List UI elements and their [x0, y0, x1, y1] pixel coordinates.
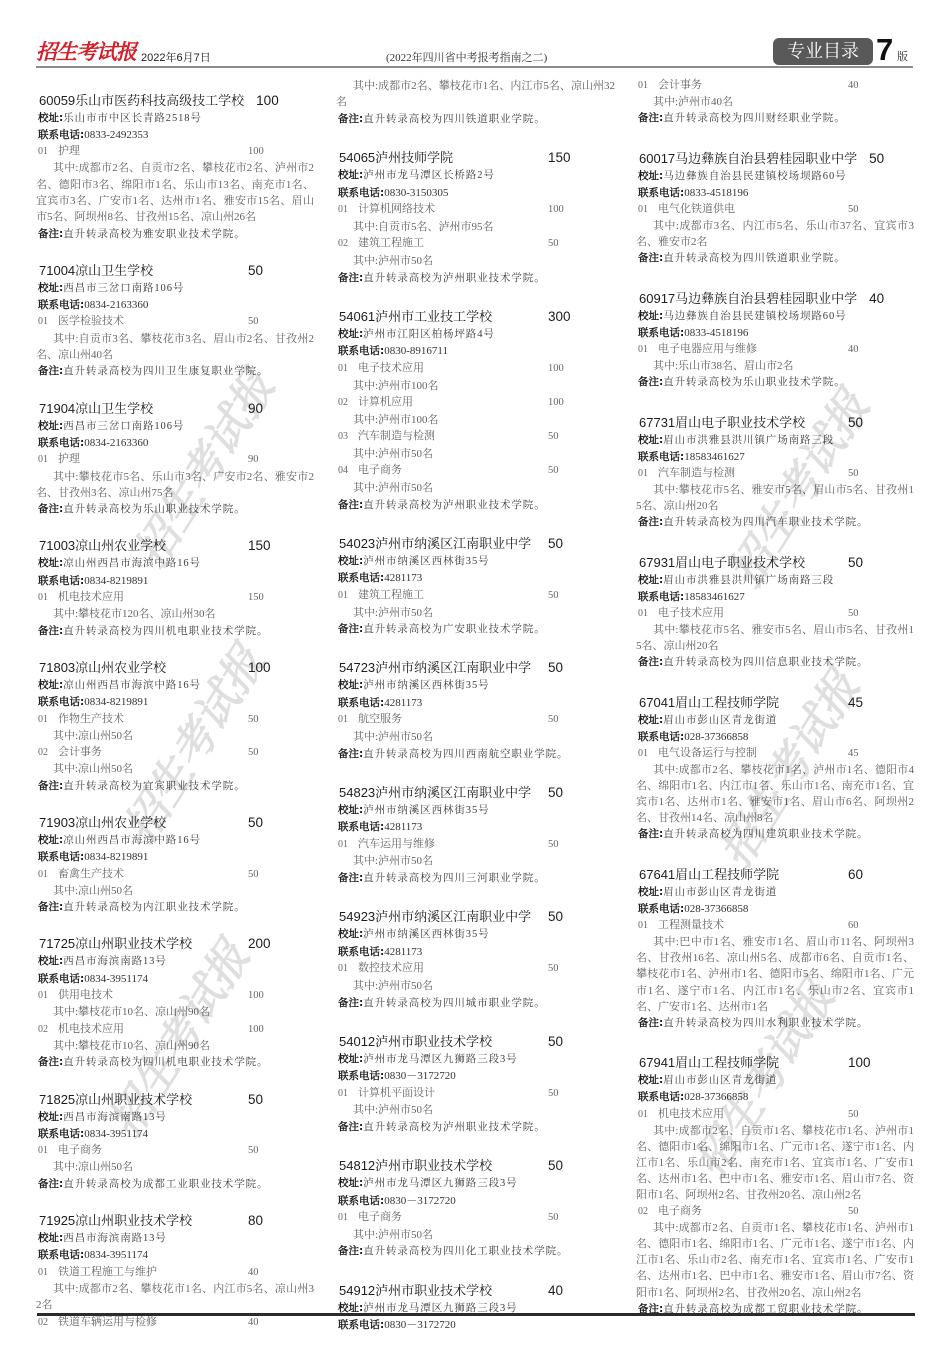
phone-label: 联系电话:: [338, 1195, 384, 1207]
phone-label: 联系电话:: [638, 903, 684, 915]
major-number: 01: [38, 590, 58, 606]
address-row: 校址:西昌市海滨南路13号: [36, 1109, 314, 1126]
major-quota-total: 50: [248, 316, 259, 327]
phone-value: 0830-3150305: [384, 187, 448, 199]
school-code-name: 67041眉山工程技师学院: [639, 693, 848, 712]
phone-value: 0834-8219891: [84, 696, 148, 708]
major-quota-total: 50: [548, 1212, 559, 1223]
phone-value: 4281173: [384, 572, 422, 584]
school-code-name: 71925凉山州职业技术学校: [39, 1211, 248, 1230]
major-number: 01: [638, 1107, 658, 1123]
major-name: 建筑工程施工: [358, 235, 548, 252]
note-value: 直升转录高校为四川信息职业技术学院。: [663, 657, 868, 668]
major-quota-total: 100: [248, 990, 264, 1001]
phone-row: 联系电话:028-37366858: [636, 901, 914, 917]
school-code-name: 54061泸州市工业技工学校: [339, 307, 548, 326]
address-label: 校址:: [38, 1111, 63, 1123]
enrollment-total: 50: [548, 536, 563, 551]
phone-label: 联系电话:: [638, 731, 684, 743]
major-item: 01铁道工程施工与维护40 其中:成都市2名、攀枝花市1名、内江市5名、凉山州3…: [36, 1264, 314, 1314]
address-label: 校址:: [338, 328, 363, 340]
major-quota-total: 60: [848, 920, 859, 931]
phone-row: 联系电话:0830－3172720: [336, 1068, 615, 1085]
major-name: 汽车制造与检测: [658, 465, 848, 481]
major-number: 01: [638, 466, 658, 482]
major-quota-total: 50: [248, 747, 259, 758]
major-row: 01数控技术应用50: [336, 960, 615, 978]
quota-distribution: 其中:攀枝花市5名、乐山市3名、广安市2名、雅安市2名、甘孜州3名、凉山州75名: [36, 469, 314, 502]
major-row: 01护理100: [36, 143, 314, 160]
school-name: 凉山卫生学校: [75, 401, 153, 416]
major-name: 机电技术应用: [58, 589, 248, 605]
address-value: 眉山市彭山区青龙街道: [663, 1075, 777, 1086]
address-row: 校址:眉山市彭山区青龙街道: [636, 712, 914, 729]
school-code: 67931: [639, 555, 675, 570]
note-label: 备注:: [38, 1056, 63, 1068]
major-quota-total: 50: [548, 1088, 559, 1099]
note-row: 备注:直升转录高校为成都工业职业技术学院。: [36, 1176, 314, 1193]
address-label: 校址:: [38, 420, 63, 432]
major-name: 机电技术应用: [658, 1106, 848, 1122]
major-item: 02会计事务50 其中:凉山州50名: [36, 744, 314, 778]
phone-row: 联系电话:4281173: [336, 944, 615, 961]
major-number: 03: [338, 429, 358, 446]
major-name: 汽车制造与检测: [358, 428, 548, 445]
major-quota-total: 50: [548, 465, 559, 476]
major-item: 01供用电技术100 其中:攀枝花市10名、凉山州90名: [36, 987, 314, 1021]
address-value: 凉山州西昌市海滨中路16号: [63, 558, 201, 569]
phone-value: 0834-8219891: [84, 575, 148, 587]
note-value: 直升转录高校为四川汽车职业技术学院。: [663, 517, 868, 528]
major-name: 铁道工程施工与维护: [58, 1264, 248, 1280]
major-item: 01汽车运用与维修50 其中:泸州市50名: [336, 836, 615, 870]
phone-row: 联系电话:18583461627: [636, 449, 914, 465]
school-code-name: 54065泸州技师学院: [339, 148, 548, 167]
note-label: 备注:: [338, 1121, 363, 1133]
major-number: 02: [38, 1315, 58, 1331]
major-number: 01: [338, 712, 358, 729]
major-item: 01汽车制造与检测50 其中:攀枝花市5名、雅安市5名、眉山市5名、甘孜州15名…: [636, 465, 914, 514]
major-name: 电子技术应用: [358, 360, 548, 377]
quota-distribution: 其中:凉山州50名: [36, 728, 314, 744]
major-name: 护理: [58, 451, 248, 467]
phone-value: 0834-3951174: [84, 1249, 148, 1261]
major-quota-total: 100: [548, 363, 564, 374]
note-row: 备注:直升转录高校为泸州职业技术学院。: [336, 270, 615, 288]
enrollment-total: 50: [848, 555, 863, 570]
school-entry: 71825凉山州职业技术学校50 校址:西昌市海滨南路13号 联系电话:0834…: [36, 1090, 314, 1193]
major-row: 01护理90: [36, 451, 314, 468]
address-value: 泸州市纳溪区西林街35号: [363, 680, 489, 691]
phone-label: 联系电话:: [638, 1091, 684, 1103]
note-label: 备注:: [638, 376, 663, 388]
note-row: 备注:直升转录高校为四川机电职业技术学院。: [36, 623, 314, 640]
school-name: 凉山州职业技术学校: [75, 1092, 192, 1107]
address-label: 校址:: [638, 434, 663, 446]
major-quota-total: 40: [848, 80, 859, 91]
major-number: 01: [638, 342, 658, 358]
note-row: 备注:直升转录高校为乐山职业技术学院。: [36, 501, 314, 518]
major-number: 01: [638, 202, 658, 218]
school-name: 凉山州职业技术学校: [75, 936, 192, 951]
school-code-name: 54723泸州市纳溪区江南职业中学: [339, 658, 548, 677]
major-quota-total: 50: [248, 1145, 259, 1156]
note-label: 备注:: [638, 828, 663, 840]
major-item: 01会计事务40 其中:泸州市40名: [636, 77, 914, 110]
school-name: 泸州技师学院: [375, 150, 453, 165]
school-code: 71003: [39, 538, 75, 553]
major-row: 04电子商务50: [336, 462, 615, 480]
phone-label: 联系电话:: [38, 973, 84, 985]
phone-label: 联系电话:: [638, 327, 684, 339]
school-name: 泸州市纳溪区江南职业中学: [375, 785, 531, 800]
note-row: 备注:直升转录高校为四川卫生康复职业学院。: [36, 363, 314, 380]
major-quota-total: 50: [848, 204, 859, 215]
phone-value: 18583461627: [684, 451, 745, 463]
school-name: 眉山电子职业技术学校: [675, 415, 805, 430]
major-item: 01计算机网络技术100 其中:自贡市5名、泸州市95名: [336, 201, 615, 235]
quota-distribution: 其中:乐山市38名、眉山市2名: [636, 358, 914, 374]
school-code: 54023: [339, 536, 375, 551]
major-quota-total: 40: [848, 344, 859, 355]
phone-value: 0834-3951174: [84, 1128, 148, 1140]
school-code-name: 54823泸州市纳溪区江南职业中学: [339, 783, 548, 802]
major-row: 01汽车制造与检测50: [636, 465, 914, 482]
address-row: 校址:凉山州西昌市海滨中路16号: [36, 677, 314, 694]
quota-distribution: 其中:成都市2名、自贡市1名、攀枝花市1名、泸州市1名、德阳市1名、绵阳市1名、…: [636, 1220, 914, 1300]
school-title: 54023泸州市纳溪区江南职业中学50: [336, 534, 615, 553]
major-name: 计算机应用: [358, 394, 548, 411]
major-quota-total: 50: [848, 1206, 859, 1217]
major-quota-total: 50: [548, 238, 559, 249]
enrollment-total: 90: [248, 401, 263, 416]
school-name: 泸州市职业技术学校: [375, 1283, 492, 1298]
major-row: 01计算机平面设计50: [336, 1085, 615, 1103]
major-row: 01建筑工程施工50: [336, 587, 615, 605]
major-item: 01护理100 其中:成都市2名、自贡市2名、攀枝花市2名、泸州市2名、德阳市3…: [36, 143, 314, 225]
address-row: 校址:西昌市三岔口南路106号: [36, 280, 314, 297]
school-name: 马边彝族自治县碧桂园职业中学: [675, 151, 857, 166]
note-value: 直升转录高校为雅安职业技术学院。: [63, 229, 245, 240]
major-item: 02机电技术应用100 其中:攀枝花市10名、凉山州90名: [36, 1021, 314, 1055]
note-label: 备注:: [338, 272, 363, 284]
quota-distribution: 其中:泸州市50名: [336, 1227, 615, 1244]
major-row: 02电子商务50: [636, 1203, 914, 1220]
major-row: 01作物生产技术50: [36, 711, 314, 728]
major-number: 01: [338, 202, 358, 219]
major-item: 01电子电器应用与维修40 其中:乐山市38名、眉山市2名: [636, 341, 914, 374]
major-quota-total: 45: [848, 748, 859, 759]
enrollment-total: 50: [548, 909, 563, 924]
school-entry: 54812泸州市职业技术学校50 校址:泸州市龙马潭区九狮路三段3号 联系电话:…: [336, 1156, 615, 1261]
note-label: 备注:: [638, 1017, 663, 1029]
phone-row: 联系电话:4281173: [336, 819, 615, 836]
major-item: 其中:成都市2名、攀枝花市1名、内江市5名、凉山州32名: [336, 78, 615, 111]
quota-distribution: 其中:泸州市50名: [336, 253, 615, 270]
phone-value: 0830－3172720: [384, 1195, 456, 1207]
note-value: 直升转录高校为乐山职业技术学院。: [663, 377, 845, 388]
note-label: 备注:: [638, 252, 663, 264]
major-item: 01电气化铁道供电50 其中:成都市3名、内江市5名、乐山市37名、宜宾市3名、…: [636, 201, 914, 250]
school-entry: 54065泸州技师学院150 校址:泸州市龙马潭区长桥路2号 联系电话:0830…: [336, 148, 615, 287]
enrollment-total: 50: [248, 1092, 263, 1107]
column: 60059乐山市医药科技高级技工学校100 校址:乐山市市中区长青路2518号 …: [36, 91, 314, 1331]
address-label: 校址:: [638, 574, 663, 586]
school-code: 60917: [639, 291, 675, 306]
quota-distribution: 其中:成都市2名、攀枝花市1名、内江市5名、凉山州32名: [336, 78, 615, 111]
school-code-name: 54812泸州市职业技术学校: [339, 1156, 548, 1175]
address-value: 泸州市纳溪区西林街35号: [363, 929, 489, 940]
school-title: 60917马边彝族自治县碧桂园职业中学40: [636, 289, 914, 308]
major-name: 计算机平面设计: [358, 1085, 548, 1102]
address-label: 校址:: [638, 1074, 663, 1086]
school-code: 71925: [39, 1213, 75, 1228]
address-label: 校址:: [38, 282, 63, 294]
quota-distribution: 其中:巴中市1名、雅安市1名、眉山市11名、阿坝州3名、甘孜州16名、凉山州5名…: [636, 934, 914, 1014]
major-row: 01会计事务40: [636, 77, 914, 94]
school-code-name: 67941眉山工程技师学院: [639, 1053, 848, 1072]
school-entry: 71003凉山州农业学校150 校址:凉山州西昌市海滨中路16号 联系电话:08…: [36, 536, 314, 639]
enrollment-total: 150: [248, 538, 271, 553]
major-item: 01机电技术应用50 其中:成都市2名、自贡市1名、攀枝花市1名、泸州市1名、德…: [636, 1106, 914, 1204]
school-code: 71004: [39, 263, 75, 278]
major-number: 01: [38, 867, 58, 883]
phone-value: 028-37366858: [684, 1091, 748, 1103]
phone-value: 4281173: [384, 946, 422, 958]
major-item: 02建筑工程施工50 其中:泸州市50名: [336, 235, 615, 269]
phone-label: 联系电话:: [338, 345, 384, 357]
address-value: 马边彝族自治县民建镇校场坝路60号: [663, 311, 846, 322]
major-name: 电子商务: [358, 462, 548, 479]
address-value: 眉山市彭山区青龙街道: [663, 715, 777, 726]
note-label: 备注:: [338, 872, 363, 884]
phone-row: 联系电话:0834-2163360: [36, 435, 314, 451]
phone-row: 联系电话:0834-3951174: [36, 1247, 314, 1263]
school-code: 71803: [39, 660, 75, 675]
phone-row: 联系电话:0834-3951174: [36, 1126, 314, 1142]
column: 01会计事务40 其中:泸州市40名 备注:直升转录高校为四川财经职业学院。 6…: [636, 77, 914, 1318]
note-row: 备注:直升转录高校为四川财经职业学院。: [636, 110, 914, 127]
major-quota-total: 50: [248, 714, 259, 725]
major-name: 工程测量技术: [658, 917, 848, 933]
major-number: 02: [38, 1022, 58, 1038]
note-label: 备注:: [338, 499, 363, 511]
school-entry: 67941眉山工程技师学院100 校址:眉山市彭山区青龙街道 联系电话:028-…: [636, 1053, 914, 1317]
major-name: 医学检验技术: [58, 313, 248, 329]
major-name: 畜禽生产技术: [58, 866, 248, 882]
enrollment-total: 50: [548, 1034, 563, 1049]
note-row: 备注:直升转录高校为四川信息职业技术学院。: [636, 654, 914, 671]
school-code-name: 67641眉山工程技师学院: [639, 865, 848, 884]
phone-label: 联系电话:: [338, 572, 384, 584]
major-name: 航空服务: [358, 711, 548, 728]
note-value: 直升转录高校为宜宾职业技术学院。: [63, 781, 245, 792]
major-number: 01: [38, 712, 58, 728]
school-entry: 54912泸州市职业技术学校40 校址:泸州市龙马潭区九狮路三段3号 联系电话:…: [336, 1281, 615, 1334]
major-quota-total: 50: [548, 839, 559, 850]
school-entry: 71004凉山卫生学校50 校址:西昌市三岔口南路106号 联系电话:0834-…: [36, 261, 314, 381]
phone-row: 联系电话:0834-8219891: [36, 849, 314, 865]
note-row: 备注:直升转录高校为泸州职业技术学院。: [336, 497, 615, 515]
major-name: 电气化铁道供电: [658, 201, 848, 217]
phone-value: 0833-4518196: [684, 187, 748, 199]
address-label: 校址:: [338, 679, 363, 691]
address-label: 校址:: [338, 1053, 363, 1065]
major-item: 01电子技术应用100 其中:泸州市100名: [336, 360, 615, 394]
school-entry: 54012泸州市职业技术学校50 校址:泸州市龙马潭区九狮路三段3号 联系电话:…: [336, 1032, 615, 1137]
major-number: 01: [38, 144, 58, 160]
school-code-name: 71003凉山州农业学校: [39, 536, 248, 555]
note-label: 备注:: [638, 516, 663, 528]
major-quota-total: 40: [248, 1267, 259, 1278]
address-row: 校址:泸州市江阳区柏杨坪路4号: [336, 326, 615, 344]
school-code-name: 54012泸州市职业技术学校: [339, 1032, 548, 1051]
school-code-name: 71825凉山州职业技术学校: [39, 1090, 248, 1109]
enrollment-total: 80: [248, 1213, 263, 1228]
major-row: 02计算机应用100: [336, 394, 615, 412]
note-value: 直升转录高校为四川机电职业技术学院。: [63, 1057, 268, 1068]
school-title: 60059乐山市医药科技高级技工学校100: [36, 91, 314, 110]
school-name: 泸州市纳溪区江南职业中学: [375, 660, 531, 675]
quota-distribution: 其中:泸州市50名: [336, 1102, 615, 1119]
school-code: 54061: [339, 309, 375, 324]
enrollment-total: 50: [248, 263, 263, 278]
major-quota-total: 50: [548, 431, 559, 442]
address-row: 校址:泸州市纳溪区西林街35号: [336, 677, 615, 695]
phone-value: 0834-2163360: [84, 437, 148, 449]
phone-row: 联系电话:0830－3172720: [336, 1193, 615, 1210]
school-name: 眉山电子职业技术学校: [675, 555, 805, 570]
major-number: 01: [38, 452, 58, 468]
school-title: 71725凉山州职业技术学校200: [36, 934, 314, 953]
phone-row: 联系电话:0830-8916711: [336, 343, 615, 360]
column: 其中:成都市2名、攀枝花市1名、内江市5名、凉山州32名 备注:直升转录高校为四…: [336, 78, 615, 1334]
major-row: 02建筑工程施工50: [336, 235, 615, 253]
phone-label: 联系电话:: [38, 851, 84, 863]
school-code: 54723: [339, 660, 375, 675]
major-item: 04电子商务50 其中:泸州市50名: [336, 462, 615, 496]
school-code-name: 54912泸州市职业技术学校: [339, 1281, 548, 1300]
school-title: 67931眉山电子职业技术学校50: [636, 553, 914, 572]
note-label: 备注:: [338, 113, 363, 125]
enrollment-total: 50: [548, 785, 563, 800]
major-row: 01供用电技术100: [36, 987, 314, 1004]
quota-distribution: 其中:凉山州50名: [36, 883, 314, 899]
school-title: 71925凉山州职业技术学校80: [36, 1211, 314, 1230]
major-row: 02会计事务50: [36, 744, 314, 761]
major-name: 会计事务: [658, 77, 848, 93]
note-label: 备注:: [38, 228, 63, 240]
major-item: 01机电技术应用150 其中:攀枝花市120名、凉山州30名: [36, 589, 314, 623]
school-code-name: 71725凉山州职业技术学校: [39, 934, 248, 953]
address-value: 西昌市海滨南路13号: [63, 956, 167, 967]
address-row: 校址:泸州市龙马潭区九狮路三段3号: [336, 1175, 615, 1193]
phone-value: 4281173: [384, 697, 422, 709]
major-row: 01电子技术应用100: [336, 360, 615, 378]
major-quota-total: 40: [248, 1317, 259, 1328]
phone-label: 联系电话:: [338, 821, 384, 833]
note-row: 备注:直升转录高校为四川铁道职业学院。: [636, 250, 914, 267]
major-row: 01电气设备运行与控制45: [636, 745, 914, 762]
major-number: 01: [338, 588, 358, 605]
school-entry: 67641眉山工程技师学院60 校址:眉山市彭山区青龙街道 联系电话:028-3…: [636, 865, 914, 1032]
major-item: 01作物生产技术50 其中:凉山州50名: [36, 711, 314, 745]
school-entry: 71903凉山州农业学校50 校址:凉山州西昌市海滨中路16号 联系电话:083…: [36, 813, 314, 916]
major-item: 01航空服务50 其中:泸州市50名: [336, 711, 615, 745]
phone-value: 0833-2492353: [84, 129, 148, 141]
address-row: 校址:泸州市纳溪区西林街35号: [336, 802, 615, 820]
major-quota-total: 50: [848, 1109, 859, 1120]
phone-value: 0830－3172720: [384, 1070, 456, 1082]
school-code: 67641: [639, 867, 675, 882]
major-item: 01医学检验技术50 其中:自贡市3名、攀枝花市3名、眉山市2名、甘孜州2名、凉…: [36, 313, 314, 363]
phone-label: 联系电话:: [638, 451, 684, 463]
major-name: 电子商务: [658, 1203, 848, 1219]
note-row: 备注:直升转录高校为四川建筑职业技术学院。: [636, 826, 914, 843]
school-code: 60059: [39, 93, 75, 108]
note-label: 备注:: [38, 780, 63, 792]
school-title: 54912泸州市职业技术学校40: [336, 1281, 615, 1300]
enrollment-total: 60: [848, 867, 863, 882]
quota-distribution: 其中:成都市2名、攀枝花市1名、泸州市1名、德阳市4名、绵阳市1名、内江市1名、…: [636, 762, 914, 826]
note-row: 备注:直升转录高校为四川城市职业学院。: [336, 995, 615, 1013]
school-name: 乐山市医药科技高级技工学校: [75, 93, 244, 108]
note-row: 备注:直升转录高校为内江职业技术学院。: [36, 899, 314, 916]
note-value: 直升转录高校为泸州职业技术学院。: [363, 273, 545, 284]
school-entry: 67041眉山工程技师学院45 校址:眉山市彭山区青龙街道 联系电话:028-3…: [636, 693, 914, 844]
major-row: 01航空服务50: [336, 711, 615, 729]
major-item: 01数控技术应用50 其中:泸州市50名: [336, 960, 615, 994]
address-row: 校址:马边彝族自治县民建镇校场坝路60号: [636, 308, 914, 325]
major-row: 02铁道车辆运用与检修40: [36, 1314, 314, 1331]
major-quota-total: 50: [548, 714, 559, 725]
address-value: 泸州市江阳区柏杨坪路4号: [363, 329, 495, 340]
major-name: 数控技术应用: [358, 960, 548, 977]
major-row: 01医学检验技术50: [36, 313, 314, 330]
school-code-name: 60017马边彝族自治县碧桂园职业中学: [639, 149, 869, 168]
major-row: 01电气化铁道供电50: [636, 201, 914, 218]
note-row: 备注:直升转录高校为广安职业技术学院。: [336, 621, 615, 639]
enrollment-total: 45: [848, 695, 863, 710]
school-title: 54065泸州技师学院150: [336, 148, 615, 167]
quota-distribution: 其中:凉山州50名: [36, 1159, 314, 1175]
major-row: 02机电技术应用100: [36, 1021, 314, 1038]
school-title: 54012泸州市职业技术学校50: [336, 1032, 615, 1051]
school-entry: 54023泸州市纳溪区江南职业中学50 校址:泸州市纳溪区西林街35号 联系电话…: [336, 534, 615, 639]
major-row: 01电子技术应用50: [636, 605, 914, 622]
address-label: 校址:: [638, 310, 663, 322]
school-code: 71825: [39, 1092, 75, 1107]
note-value: 直升转录高校为四川财经职业学院。: [663, 113, 845, 124]
school-entry: 其中:成都市2名、攀枝花市1名、内江市5名、凉山州32名 备注:直升转录高校为四…: [336, 78, 615, 129]
major-number: 01: [338, 1086, 358, 1103]
major-number: 01: [638, 606, 658, 622]
school-title: 71004凉山卫生学校50: [36, 261, 314, 280]
note-row: 备注:直升转录高校为四川水利职业技术学院。: [636, 1015, 914, 1032]
address-value: 泸州市龙马潭区九狮路三段3号: [363, 1054, 517, 1065]
major-quota-total: 90: [248, 454, 259, 465]
major-quota-total: 100: [248, 1024, 264, 1035]
address-label: 校址:: [38, 955, 63, 967]
note-row: 备注:直升转录高校为泸州职业技术学院。: [336, 1119, 615, 1137]
school-code: 54065: [339, 150, 375, 165]
phone-row: 联系电话:0834-8219891: [36, 573, 314, 589]
school-code: 60017: [639, 151, 675, 166]
school-name: 泸州市职业技术学校: [375, 1158, 492, 1173]
address-row: 校址:眉山市彭山区青龙街道: [636, 884, 914, 901]
phone-value: 0834-2163360: [84, 299, 148, 311]
major-name: 电气设备运行与控制: [658, 745, 848, 761]
